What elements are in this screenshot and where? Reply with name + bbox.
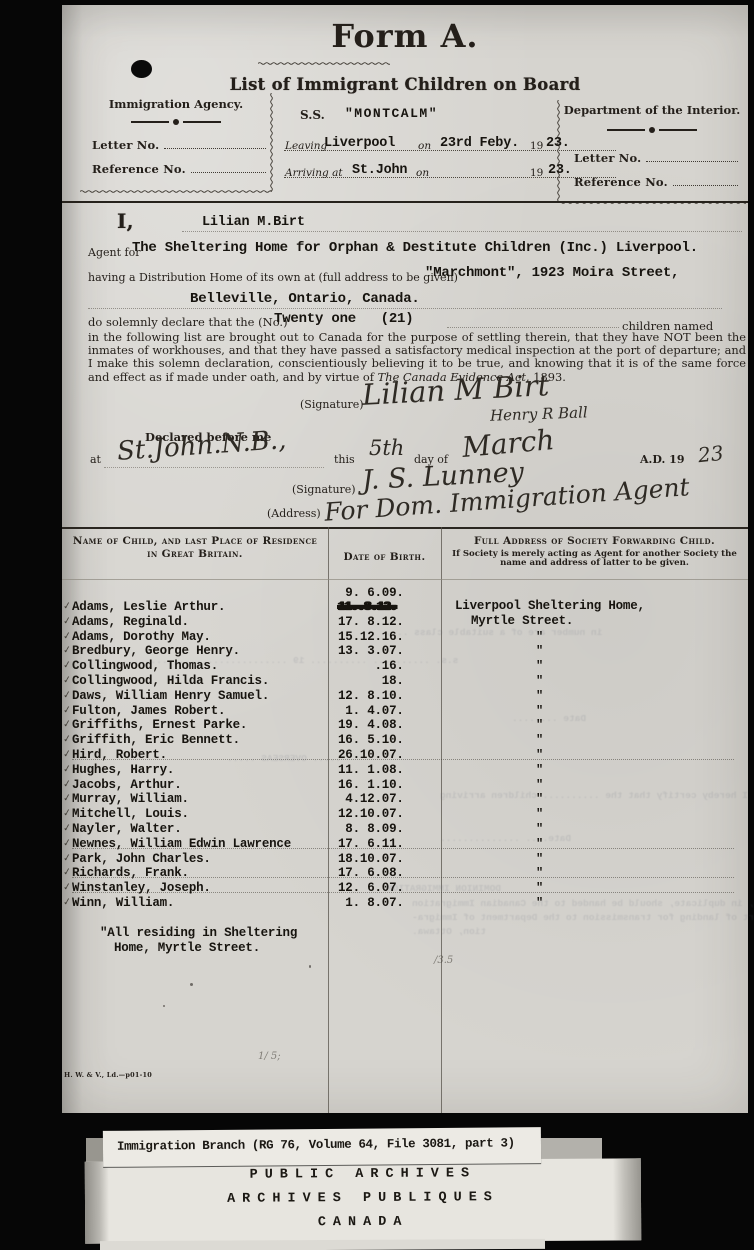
archives-stamp-line1: PUBLIC ARCHIVES [115, 1165, 611, 1183]
checkmark-icon: ✓ [62, 748, 72, 760]
child-name: Adams, Dorothy May. [72, 630, 211, 644]
leaving-date: 23rd Feby. [440, 136, 519, 151]
bleedthrough-text: this form, in duplicate, should be hande… [412, 898, 754, 909]
leaving-port: Liverpool [324, 136, 395, 151]
date-correction: 9. 6.09. [338, 586, 404, 600]
child-dob: 17. 6.08. [338, 866, 404, 880]
bleedthrough-text: s.s. .......... .......... 19 ..........… [65, 655, 458, 666]
ruled-line [88, 308, 722, 309]
scanned-photograph: PUBLIC ARCHIVES ARCHIVES PUBLIQUES CANAD… [0, 0, 754, 1250]
wavy-rule [80, 189, 272, 194]
reference-no-field: Reference No. [92, 161, 266, 176]
day-value: 5th [369, 436, 404, 460]
table-row: ✓Mitchell, Louis.12.10.07." [62, 807, 748, 822]
having-home-label: having a Distribution Home of its own at… [88, 271, 458, 284]
child-name: Nayler, Walter. [72, 822, 182, 836]
bleedthrough-text: in number are of a suitable class ..... [380, 627, 602, 638]
stamp-torn-edge [85, 1162, 110, 1244]
table-row: ✓Hird, Robert.26.10.07." [62, 748, 748, 763]
blank-line [191, 161, 266, 173]
children-count: Twenty one (21) [274, 311, 413, 327]
declare-label: do solemnly declare that the (No.) [88, 315, 288, 329]
child-dob: 12.10.07. [338, 807, 404, 821]
child-name: Park, John Charles. [72, 852, 211, 866]
blank-line [646, 150, 738, 162]
ditto-mark: " [536, 659, 543, 673]
child-dob: 12. 8.10. [338, 689, 404, 703]
child-dob: 17. 6.11. [338, 837, 404, 851]
child-dob: 4.12.07. [338, 792, 404, 806]
archives-stamp-line2: ARCHIVES PUBLIQUES [115, 1189, 611, 1207]
reference-no-label: Reference No. [92, 162, 186, 176]
table-row: ✓Richards, Frank.17. 6.08." [62, 866, 748, 881]
checkmark-icon: ✓ [62, 837, 72, 849]
ornament-divider [80, 119, 272, 125]
ditto-mark: " [536, 748, 543, 762]
bleedthrough-text: Date.... .............. [440, 833, 571, 844]
child-name: Daws, William Henry Samuel. [72, 689, 269, 703]
child-name: Collingwood, Hilda Francis. [72, 674, 269, 688]
child-name: Winn, William. [72, 896, 174, 910]
blank-line [673, 174, 738, 186]
arriving-port: St.John [352, 163, 407, 178]
address-label: (Address) [267, 507, 321, 520]
signature-ball: Henry R Ball [490, 403, 588, 424]
footnote-line1: "All residing in Sheltering [100, 926, 297, 940]
catalog-label-text: Immigration Branch (RG 76, Volume 64, Fi… [117, 1136, 515, 1153]
checkmark-icon: ✓ [62, 867, 72, 879]
document-page: Form A. List of Immigrant Children on Bo… [62, 5, 748, 1113]
child-dob: 18.10.07. [338, 852, 404, 866]
stray-mark: 1/ 5; [258, 1051, 281, 1062]
child-dob: 18. [338, 674, 404, 688]
table-row: ✓Adams, Leslie Arthur.11..8.12. [62, 600, 748, 615]
department-interior-box: Department of the Interior. Letter No. R… [558, 100, 746, 203]
blank-line [164, 137, 266, 149]
interior-box-title: Department of the Interior. [558, 103, 746, 117]
ditto-mark: " [536, 807, 543, 821]
child-dob: 19. 4.08. [338, 718, 404, 732]
section-rule [62, 201, 748, 203]
form-title: Form A. [62, 17, 748, 55]
ditto-mark: " [536, 866, 543, 880]
checkmark-icon: ✓ [62, 719, 72, 731]
letter-no-field: Letter No. [574, 150, 738, 165]
ink-speck [309, 965, 311, 968]
col1-header-line2: in Great Britain. [62, 548, 328, 560]
bleedthrough-text: tion, Ottawa. [412, 926, 486, 937]
child-name: Hird, Robert. [72, 748, 167, 762]
year-prefix: 19 [530, 167, 543, 179]
child-dob: 11. 1.08. [338, 763, 404, 777]
checkmark-icon: ✓ [62, 674, 72, 686]
home-address2: Belleville, Ontario, Canada. [190, 291, 420, 307]
arriving-year: 23. [548, 163, 572, 178]
ship-name: "MONTCALM" [345, 106, 438, 121]
stamp-strip [100, 1239, 545, 1250]
ornament-divider [558, 127, 746, 133]
child-name: Adams, Leslie Arthur. [72, 600, 225, 614]
ruled-line [104, 467, 324, 468]
child-dob: 26.10.07. [338, 748, 404, 762]
immigration-agency-box: Immigration Agency. Letter No. Reference… [80, 93, 272, 192]
declared-place: St.John.N.B., [116, 425, 287, 467]
bleedthrough-text: Date ........ [512, 713, 586, 724]
year-prefix: 19 [530, 140, 543, 152]
child-name: Richards, Frank. [72, 866, 189, 880]
letter-no-field: Letter No. [92, 137, 266, 152]
checkmark-icon: ✓ [62, 882, 72, 894]
table-row: ✓Collingwood, Hilda Francis. 18." [62, 674, 748, 689]
col1-header-line1: Name of Child, and last Place of Residen… [62, 535, 328, 547]
ink-speck [190, 983, 193, 986]
checkmark-icon: ✓ [62, 852, 72, 864]
leaving-year: 23. [546, 136, 570, 151]
this-label: this [334, 453, 355, 466]
child-name: Hughes, Harry. [72, 763, 174, 777]
child-dob: 1. 4.07. [338, 704, 404, 718]
child-dob: 1. 8.07. [338, 896, 404, 910]
child-dob: 8. 8.09. [338, 822, 404, 836]
archives-stamp: PUBLIC ARCHIVES ARCHIVES PUBLIQUES CANAD… [85, 1158, 641, 1243]
ad-label: A.D. 19 [640, 453, 684, 466]
checkmark-icon: ✓ [62, 689, 72, 701]
checkmark-icon: ✓ [62, 630, 72, 642]
bleedthrough-text: ..... OVERSEAS ..... [227, 753, 341, 764]
at-label: at [90, 453, 101, 466]
table-top-rule [62, 527, 748, 529]
ss-label: S.S. [300, 108, 325, 122]
bleedthrough-text: I hereby certify that the .......... chi… [440, 790, 748, 801]
agent-name: Lilian M.Birt [202, 215, 305, 230]
archives-stamp-line3: CANADA [115, 1213, 611, 1231]
arriving-label: Arriving at [285, 167, 343, 179]
bleedthrough-text: DOMINION IMMIGRATION [387, 883, 501, 894]
signature-label: (Signature) [300, 398, 364, 411]
printer-mark: H. W. & V., Ld.—p01-10 [64, 1071, 152, 1079]
child-name: Winstanley, Joseph. [72, 881, 211, 895]
on-label: on [418, 140, 431, 152]
ditto-mark: " [536, 763, 543, 777]
form-subtitle: List of Immigrant Children on Board [62, 75, 748, 94]
child-dob: 11..8.12. [338, 600, 397, 614]
stray-mark: /3.5 [434, 955, 453, 966]
header-rule [62, 579, 748, 580]
table-row: ✓Newnes, William Edwin Lawrence17. 6.11.… [62, 837, 748, 852]
child-name: Newnes, William Edwin Lawrence [72, 837, 291, 851]
col2-header: Date of Birth. [328, 551, 441, 563]
checkmark-icon: ✓ [62, 822, 72, 834]
checkmark-icon: ✓ [62, 615, 72, 627]
i-label: I, [117, 209, 134, 233]
ditto-mark: " [536, 644, 543, 658]
wavy-rule [269, 93, 274, 192]
ditto-mark: " [536, 881, 543, 895]
catalog-label: Immigration Branch (RG 76, Volume 64, Fi… [103, 1127, 541, 1167]
footnote-line2: Home, Myrtle Street. [114, 941, 260, 955]
table-row: ✓Hughes, Harry.11. 1.08." [62, 763, 748, 778]
child-name: Murray, William. [72, 792, 189, 806]
child-name: Griffith, Eric Bennett. [72, 733, 240, 747]
ditto-mark: " [536, 689, 543, 703]
ditto-mark: " [536, 852, 543, 866]
home-address: "Marchmont", 1923 Moira Street, [425, 265, 679, 281]
table-row: ✓Fulton, James Robert. 1. 4.07." [62, 704, 748, 719]
letter-no-label: Letter No. [92, 138, 159, 152]
checkmark-icon: ✓ [62, 600, 72, 612]
society-name: The Sheltering Home for Orphan & Destitu… [132, 240, 698, 256]
child-name: Jacobs, Arthur. [72, 778, 182, 792]
stamp-torn-edge [613, 1158, 642, 1240]
child-dob: 16. 5.10. [338, 733, 404, 747]
bleedthrough-text: agent at port of landing for transmissio… [412, 912, 754, 923]
wavy-rule [556, 100, 561, 203]
wavy-rule [258, 61, 390, 66]
checkmark-icon: ✓ [62, 763, 72, 775]
checkmark-icon: ✓ [62, 778, 72, 790]
child-name: Fulton, James Robert. [72, 704, 225, 718]
table-row: ✓Griffith, Eric Bennett.16. 5.10." [62, 733, 748, 748]
ditto-mark: " [536, 733, 543, 747]
ruled-line [447, 327, 619, 328]
ditto-mark: " [536, 674, 543, 688]
letter-no-label: Letter No. [574, 151, 641, 165]
table-row: ✓Nayler, Walter. 8. 8.09." [62, 822, 748, 837]
child-name: Adams, Reginald. [72, 615, 189, 629]
child-name: Mitchell, Louis. [72, 807, 189, 821]
child-dob: 16. 1.10. [338, 778, 404, 792]
ink-speck [163, 1005, 165, 1007]
agency-box-title: Immigration Agency. [80, 97, 272, 111]
checkmark-icon: ✓ [62, 704, 72, 716]
col3-subheader2: name and address of latter to be given. [441, 558, 748, 568]
checkmark-icon: ✓ [62, 896, 72, 908]
checkmark-icon: ✓ [62, 808, 72, 820]
ruled-line [182, 231, 742, 232]
on-label: on [416, 167, 429, 179]
signature-label2: (Signature) [292, 483, 356, 496]
checkmark-icon: ✓ [62, 734, 72, 746]
year-value: 23 [697, 441, 725, 468]
table-row: ✓Park, John Charles.18.10.07." [62, 852, 748, 867]
table-row: ✓Griffiths, Ernest Parke.19. 4.08." [62, 718, 748, 733]
child-name: Griffiths, Ernest Parke. [72, 718, 247, 732]
table-row: ✓Daws, William Henry Samuel.12. 8.10." [62, 689, 748, 704]
col3-header: Full Address of Society Forwarding Child… [441, 535, 748, 547]
leaving-label: Leaving [285, 140, 327, 152]
checkmark-icon: ✓ [62, 793, 72, 805]
